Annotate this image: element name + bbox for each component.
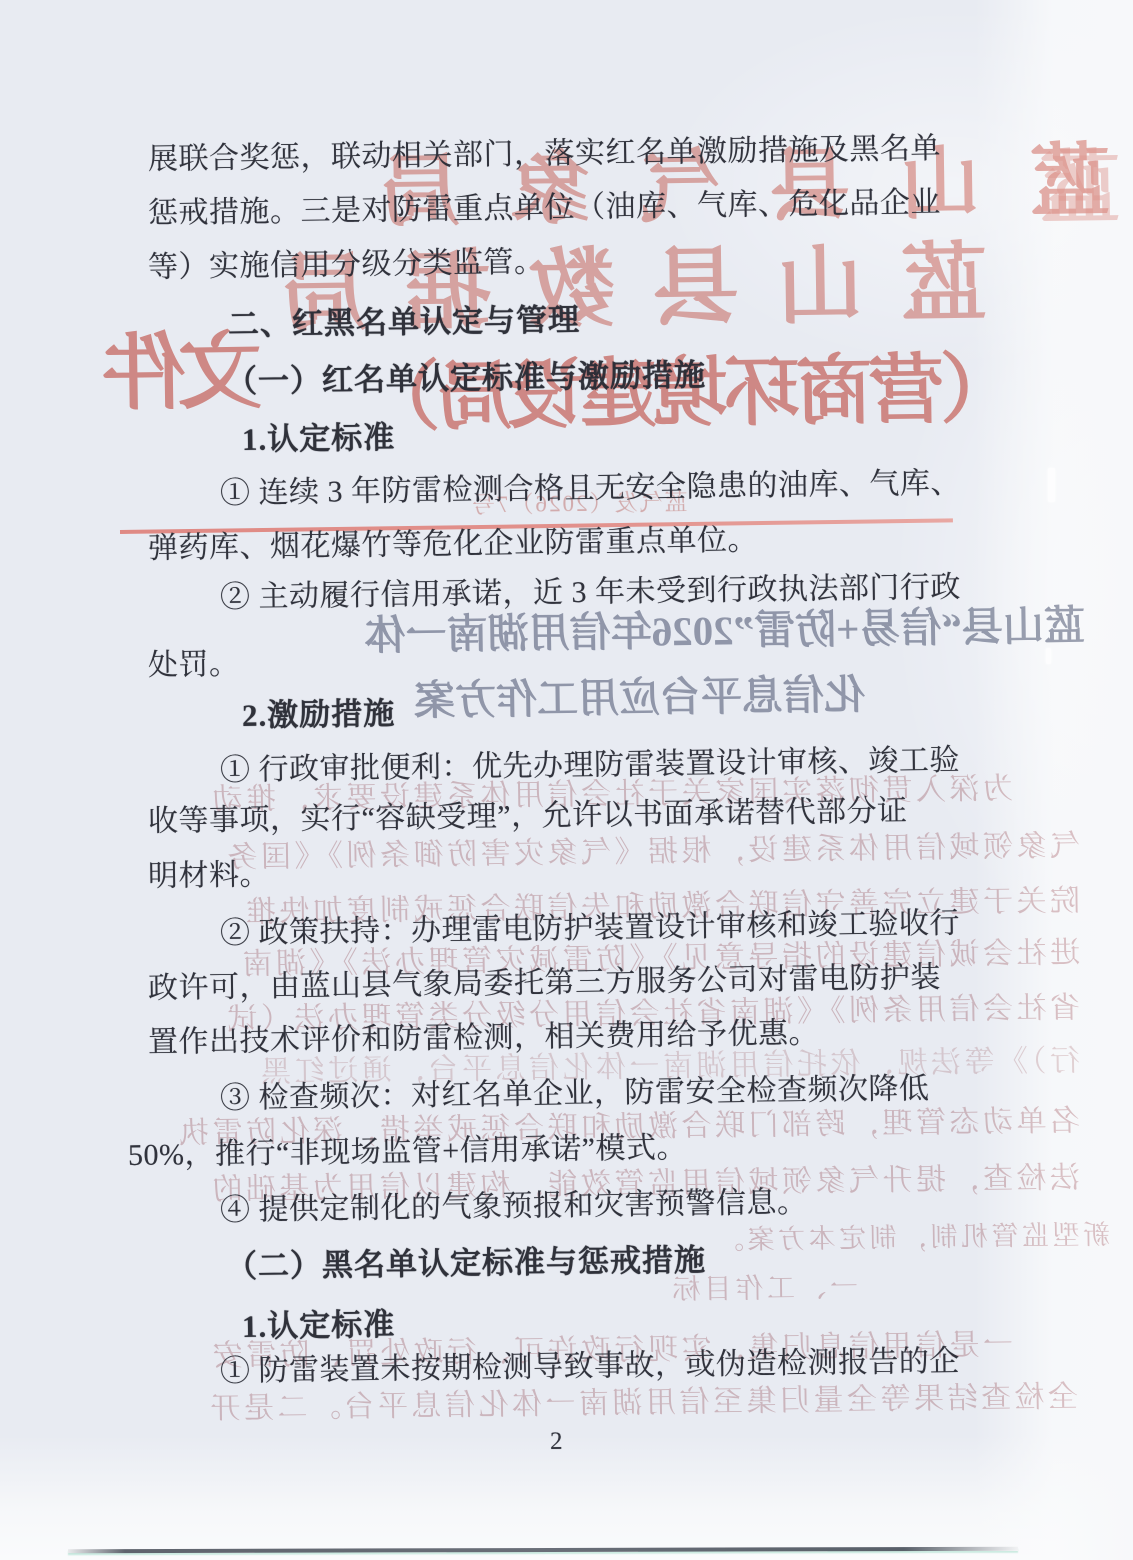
document-heading-line: 二、红黑名单认定与管理 (228, 304, 580, 340)
bleed-body-line: 气象领域信用体系建设，根据《气象灾害防御条例》《国务 (130, 831, 1080, 874)
document-heading-line: （二）黑名单认定标准与惩戒措施 (226, 1244, 706, 1282)
page-bottom-edge-shadow (68, 1547, 1018, 1553)
bleed-body-line: 新型监管机制，制定本方案。 (640, 1222, 1110, 1256)
document-text-line: 等）实施信用分级分类监管。 (148, 247, 545, 283)
document-text-line: 收等事项，实行“容缺受理”，允许以书面承诺替代部分证 (148, 796, 908, 837)
bleed-body-line: 全检查结果等全量归集至信用湖南一体化信息平台。二是开 (128, 1382, 1078, 1425)
document-text-line: 弹药库、烟花爆竹等危化企业防雷重点单位。 (148, 525, 758, 564)
document-text-line: 处罚。 (148, 650, 240, 681)
bleed-body-line: 一、工作目标 (608, 1274, 858, 1305)
document-text-line: ① 连续 3 年防雷检测合格且无安全隐患的油库、气库、 (220, 469, 961, 509)
document-heading-line: （一）红名单认定标准与激励措施 (226, 359, 706, 397)
scanned-document-page: 蓝山县气象局蓝山县数据局（营商环境建设局）文件蓝蓝气发（2026）7号蓝山县“信… (0, 0, 1133, 1560)
document-text-line: 明材料。 (148, 860, 270, 892)
paper-crease-mark (1046, 648, 1051, 664)
document-heading-line: 1.认定标准 (242, 1309, 396, 1342)
paper-crease-mark (1048, 468, 1055, 502)
page-number: 2 (550, 1429, 563, 1454)
bleed-title-line: 蓝山县“信易+防雷”2026年信用湖南一体 (150, 605, 1085, 659)
document-text-line: ① 防雷装置未按期检测导致事故，或伪造检测报告的企 (220, 1347, 960, 1387)
bleed-title-line: 化信息平台应用工作方案 (345, 674, 866, 722)
document-heading-line: 2.激励措施 (242, 698, 396, 731)
document-heading-line: 1.认定标准 (242, 422, 396, 455)
bleed-red-corner-fragment: 蓝 (1039, 149, 1120, 230)
document-text-line: ④ 提供定制化的气象预报和灾害预警信息。 (220, 1188, 808, 1226)
document-text-line: 50%，推行“非现场监管+信用承诺”模式。 (128, 1133, 687, 1171)
